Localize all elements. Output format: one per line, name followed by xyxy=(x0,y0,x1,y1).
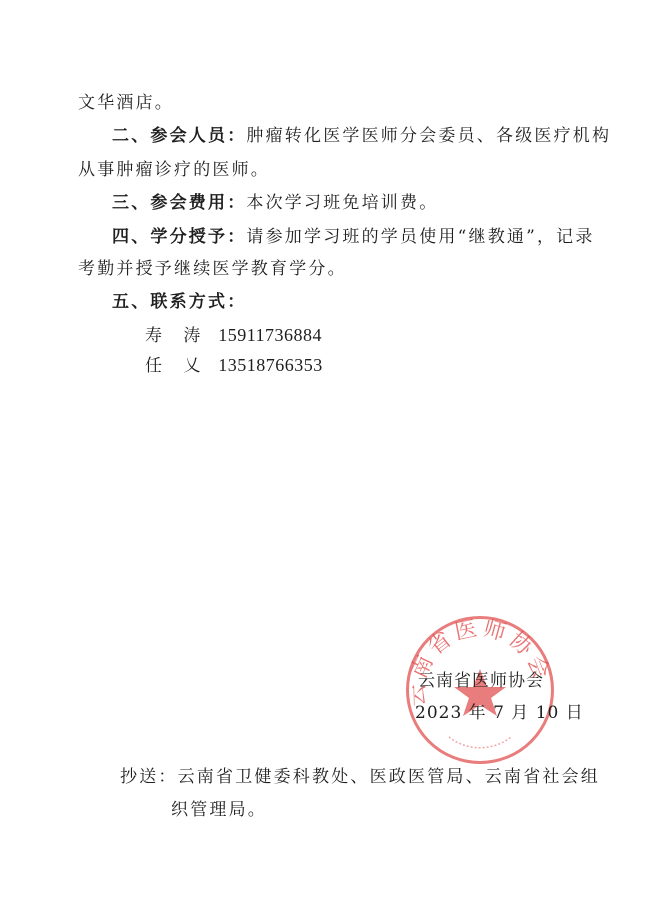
cc-text: 云南省卫健委科教处、医政医管局、云南省社会组 xyxy=(178,767,600,787)
cc-continuation: 织管理局。 xyxy=(171,799,267,821)
contact-row: 寿 涛 15911736884 xyxy=(145,324,322,347)
signature-date: 2023 年 7 月 10 日 xyxy=(415,698,584,723)
section-heading: 四、学分授予： xyxy=(112,227,246,247)
section-fees: 三、参会费用：本次学习班免培训费。 xyxy=(112,192,438,214)
contact-row: 任 乂 13518766353 xyxy=(145,354,323,377)
section-heading: 三、参会费用： xyxy=(112,193,246,213)
section-contact: 五、联系方式： xyxy=(112,291,246,313)
signature-organization: 云南省医师协会 xyxy=(418,666,544,691)
section-continuation: 从事肿瘤诊疗的医师。 xyxy=(78,159,270,181)
section-continuation: 考勤并授予继续医学教育学分。 xyxy=(78,258,347,280)
cc-label: 抄送： xyxy=(120,767,178,787)
contact-name: 寿 涛 xyxy=(145,326,203,346)
contact-phone: 13518766353 xyxy=(218,355,323,375)
continuation-line: 文华酒店。 xyxy=(78,92,174,114)
section-heading: 五、联系方式： xyxy=(112,292,246,312)
cc-line: 抄送：云南省卫健委科教处、医政医管局、云南省社会组 xyxy=(120,766,600,788)
section-attendees: 二、参会人员：肿瘤转化医学医师分会委员、各级医疗机构 xyxy=(112,125,611,147)
section-text: 肿瘤转化医学医师分会委员、各级医疗机构 xyxy=(246,126,611,146)
section-text: 本次学习班免培训费。 xyxy=(246,193,438,213)
section-text: 请参加学习班的学员使用“继教通”，记录 xyxy=(246,227,594,247)
section-credits: 四、学分授予：请参加学习班的学员使用“继教通”，记录 xyxy=(112,226,595,248)
contact-name: 任 乂 xyxy=(145,356,203,376)
section-heading: 二、参会人员： xyxy=(112,126,246,146)
contact-phone: 15911736884 xyxy=(218,325,322,345)
